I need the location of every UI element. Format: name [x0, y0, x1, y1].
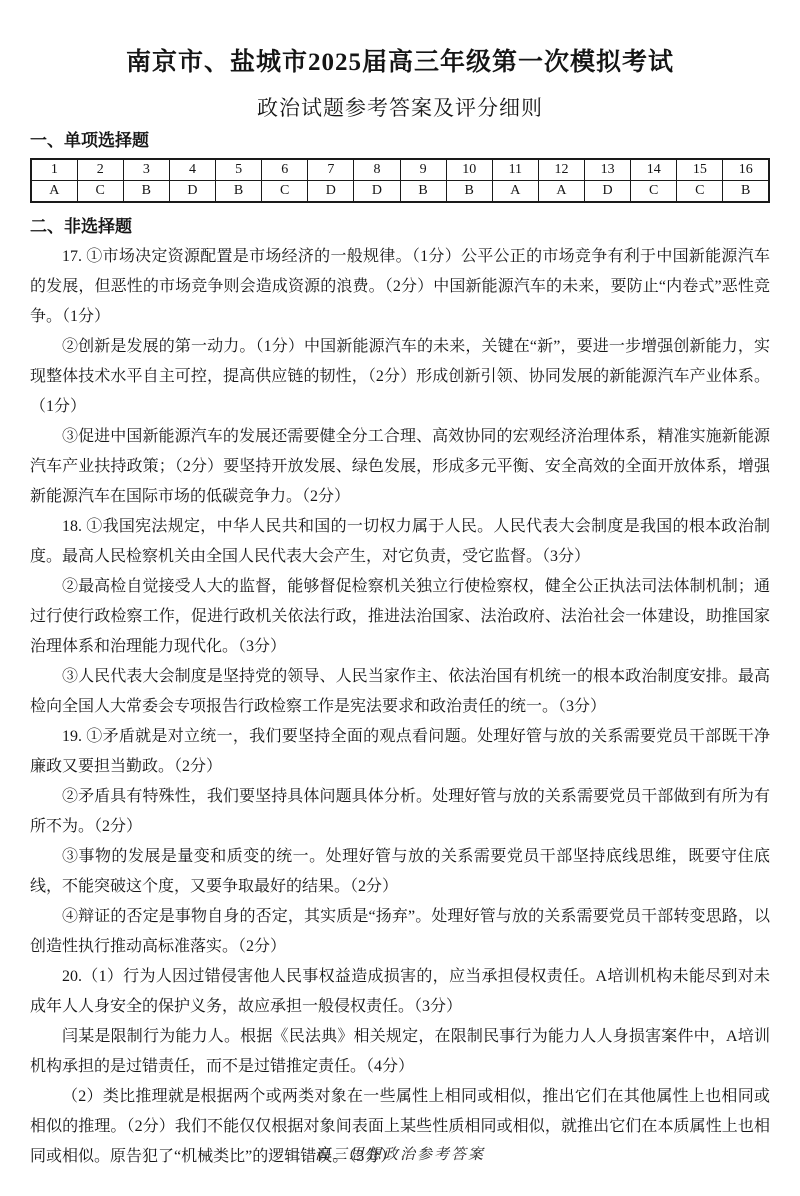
answer-paragraph: ③促进中国新能源汽车的发展还需要健全分工合理、高效协同的宏观经济治理体系，精准实…	[30, 422, 770, 512]
answer-letter-cell: D	[354, 181, 400, 203]
answer-paragraph: 19. ①矛盾就是对立统一，我们要坚持全面的观点看问题。处理好管与放的关系需要党…	[30, 722, 770, 782]
answer-letter-cell: B	[400, 181, 446, 203]
answer-letter-cell: A	[492, 181, 538, 203]
answer-letter-cell: A	[538, 181, 584, 203]
question-number-cell: 6	[262, 159, 308, 181]
question-number-cell: 5	[216, 159, 262, 181]
answer-paragraph: ②创新是发展的第一动力。（1分）中国新能源汽车的未来，关键在“新”，要进一步增强…	[30, 332, 770, 422]
question-number-cell: 4	[169, 159, 215, 181]
document-subtitle: 政治试题参考答案及评分细则	[0, 92, 800, 122]
answer-table: 12345678910111213141516 ACBDBCDDBBAADCCB	[30, 158, 770, 203]
question-number-cell: 13	[585, 159, 631, 181]
answer-paragraph: ②矛盾具有特殊性，我们要坚持具体问题具体分析。处理好管与放的关系需要党员干部做到…	[30, 782, 770, 842]
section-heading-free-response: 二、非选择题	[30, 216, 770, 238]
question-number-cell: 12	[538, 159, 584, 181]
answer-letter-cell: D	[308, 181, 354, 203]
section-heading-multiple-choice: 一、单项选择题	[30, 130, 770, 152]
answer-paragraph: ④辩证的否定是事物自身的否定，其实质是“扬弃”。处理好管与放的关系需要党员干部转…	[30, 902, 770, 962]
answer-letter-cell: D	[585, 181, 631, 203]
answer-letter-cell: D	[169, 181, 215, 203]
answer-letter-cell: C	[262, 181, 308, 203]
question-number-cell: 8	[354, 159, 400, 181]
answer-letter-row: ACBDBCDDBBAADCCB	[31, 181, 769, 203]
question-number-cell: 2	[77, 159, 123, 181]
answer-paragraph: ②最高检自觉接受人大的监督，能够督促检察机关独立行使检察权，健全公正执法司法体制…	[30, 572, 770, 662]
question-number-cell: 15	[677, 159, 723, 181]
document-title: 南京市、盐城市2025届高三年级第一次模拟考试	[0, 0, 800, 78]
document-content: 一、单项选择题 12345678910111213141516 ACBDBCDD…	[0, 130, 800, 1172]
answer-paragraph: 闫某是限制行为能力人。根据《民法典》相关规定，在限制民事行为能力人人身损害案件中…	[30, 1022, 770, 1082]
answer-paragraph: ③事物的发展是量变和质变的统一。处理好管与放的关系需要党员干部坚持底线思维，既要…	[30, 842, 770, 902]
answer-letter-cell: B	[723, 181, 769, 203]
question-number-cell: 9	[400, 159, 446, 181]
exam-answer-document: 南京市、盐城市2025届高三年级第一次模拟考试 政治试题参考答案及评分细则 一、…	[0, 0, 800, 1196]
question-number-cell: 10	[446, 159, 492, 181]
answer-letter-cell: C	[631, 181, 677, 203]
answer-paragraph: 20.（1）行为人因过错侵害他人民事权益造成损害的，应当承担侵权责任。A培训机构…	[30, 962, 770, 1022]
question-number-cell: 7	[308, 159, 354, 181]
question-number-cell: 3	[123, 159, 169, 181]
answer-paragraph: ③人民代表大会制度是坚持党的领导、人民当家作主、依法治国有机统一的根本政治制度安…	[30, 662, 770, 722]
question-number-row: 12345678910111213141516	[31, 159, 769, 181]
answer-paragraph: 18. ①我国宪法规定，中华人民共和国的一切权力属于人民。人民代表大会制度是我国…	[30, 512, 770, 572]
answer-letter-cell: C	[677, 181, 723, 203]
answer-letter-cell: B	[123, 181, 169, 203]
question-number-cell: 11	[492, 159, 538, 181]
answer-letter-cell: B	[216, 181, 262, 203]
page-footer: 高三思想政治参考答案	[0, 1143, 800, 1164]
question-number-cell: 16	[723, 159, 769, 181]
answer-letter-cell: A	[31, 181, 77, 203]
answer-letter-cell: B	[446, 181, 492, 203]
answers-body: 17. ①市场决定资源配置是市场经济的一般规律。（1分）公平公正的市场竞争有利于…	[30, 242, 770, 1172]
question-number-cell: 14	[631, 159, 677, 181]
answer-paragraph: 17. ①市场决定资源配置是市场经济的一般规律。（1分）公平公正的市场竞争有利于…	[30, 242, 770, 332]
answer-letter-cell: C	[77, 181, 123, 203]
question-number-cell: 1	[31, 159, 77, 181]
